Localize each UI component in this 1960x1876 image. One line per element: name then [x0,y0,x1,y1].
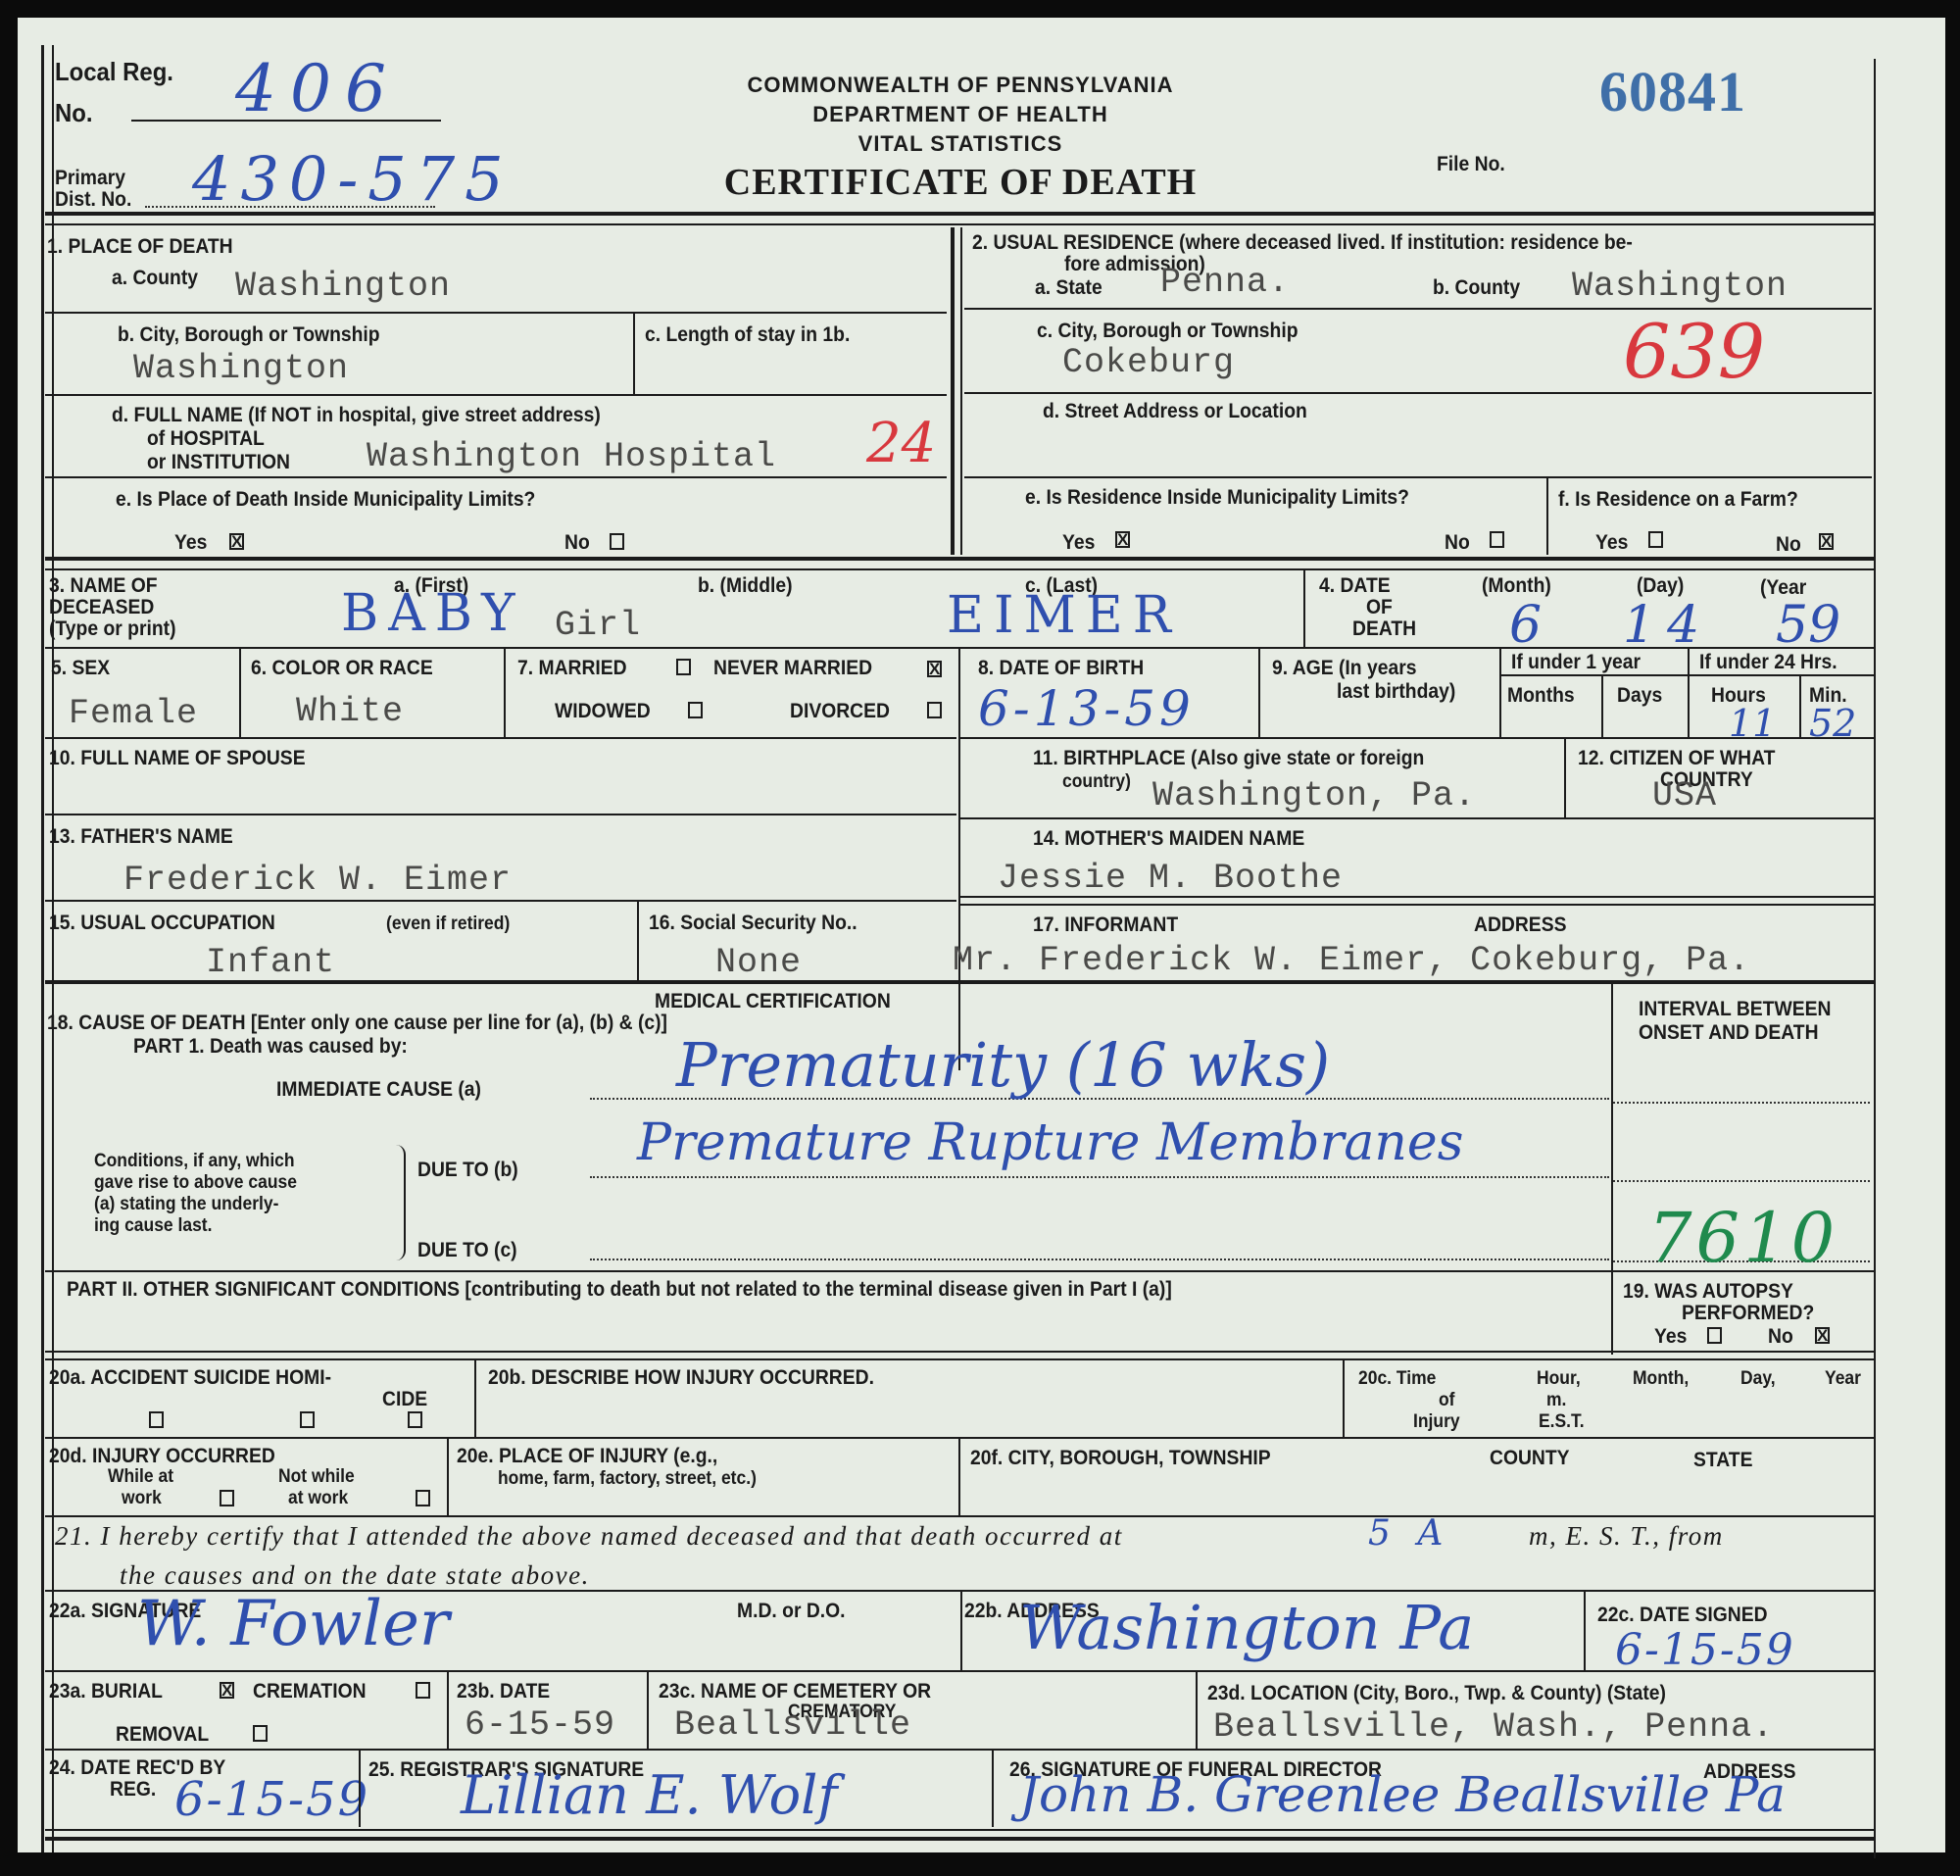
first-name-value: BABY [341,584,524,643]
rule [1343,1358,1345,1437]
injury-place-label: 20e. PLACE OF INJURY (e.g., [457,1445,717,1467]
rule [504,647,506,737]
months-label: Months [1507,684,1575,707]
birthplace-label-2: country) [1062,770,1131,793]
rule [960,737,1874,739]
race-label: 6. COLOR OR RACE [251,657,433,679]
burial-location-label: 23d. LOCATION (City, Boro., Twp. & Count… [1207,1682,1666,1704]
part2-label: PART II. OTHER SIGNIFICANT CONDITIONS [c… [67,1278,1172,1301]
while-at-work-checkbox[interactable] [220,1490,234,1506]
residence-inside-no-checkbox[interactable] [1490,531,1504,548]
race-value: White [296,692,404,731]
rule [960,904,1874,906]
left-border [41,45,54,1852]
injury-state-label: STATE [1693,1449,1752,1471]
rule [1303,568,1305,647]
rule [1258,647,1260,737]
citizen-value: USA [1652,776,1717,815]
burial-location-value: Beallsville, Wash., Penna. [1213,1707,1774,1747]
injury-hour-label: Hour, [1537,1368,1581,1389]
month-label: (Month) [1482,574,1551,597]
rule [45,980,1874,984]
rule [1613,1180,1870,1182]
interval-code: 7610 [1648,1198,1838,1278]
never-married-checkbox[interactable]: X [927,661,942,677]
primary-dist-number: 430-575 [192,143,514,215]
part1-label: PART 1. Death was caused by: [133,1035,408,1058]
rule [45,737,956,739]
immediate-cause-value: Prematurity (16 wks) [676,1029,1330,1101]
autopsy-label-2: PERFORMED? [1682,1302,1814,1324]
right-border [1874,59,1876,1858]
occupation-value: Infant [206,943,335,982]
rule [45,814,956,815]
rule [590,1176,1609,1178]
under-1-year-label: If under 1 year [1511,651,1641,673]
farm-yes-label: Yes [1595,531,1628,554]
rule [45,1351,1874,1353]
agency-name: COMMONWEALTH OF PENNSYLVANIA [666,73,1254,98]
injury-how-label: 20b. DESCRIBE HOW INJURY OCCURRED. [488,1366,874,1389]
local-reg-number: 406 [235,51,400,126]
homicide-checkbox[interactable] [408,1411,422,1428]
conditions-note-2: gave rise to above cause [94,1172,297,1193]
form-title: CERTIFICATE OF DEATH [647,161,1274,204]
residence-city-value: Cokeburg [1062,343,1235,382]
place-of-death-heading: 1. PLACE OF DEATH [47,235,233,258]
days-label: Days [1617,684,1662,707]
married-checkbox[interactable] [676,659,691,675]
residence-no-label: No [1445,531,1470,554]
registrar-signature: Lillian E. Wolf [461,1764,837,1826]
suicide-checkbox[interactable] [300,1411,315,1428]
residence-state-value: Penna. [1160,263,1290,302]
residence-county-value: Washington [1572,267,1788,306]
city-label: b. City, Borough or Township [118,323,380,346]
deceased-name-label-3: (Type or print) [49,617,176,640]
rule [1688,647,1690,737]
rule [1601,674,1603,737]
state-label: a. State [1035,276,1102,299]
local-reg-no-label: No. [55,102,93,124]
injury-m-label: m. [1546,1390,1566,1410]
physician-signature: W. Fowler [137,1588,449,1660]
rule [633,312,635,394]
due-to-c-label: DUE TO (c) [417,1239,517,1261]
local-reg-label: Local Reg. [55,61,173,83]
rule [964,476,1872,478]
rule [958,647,960,1070]
conditions-brace [396,1145,406,1260]
informant-address-label: ADDRESS [1474,913,1566,936]
rule [474,1358,476,1437]
birthplace-label: 11. BIRTHPLACE (Also give state or forei… [1033,747,1424,769]
not-at-work-checkbox[interactable] [416,1490,430,1506]
due-to-b-value: Premature Rupture Membranes [637,1113,1463,1172]
street-label: d. Street Address or Location [1043,400,1307,422]
rule [45,1358,1874,1360]
burial-checkbox[interactable]: X [220,1682,234,1699]
injury-county-label: COUNTY [1490,1447,1570,1469]
death-city-value: Washington [133,349,349,388]
age-label: 9. AGE (In years [1272,657,1416,679]
date-of-birth-value: 6-13-59 [978,680,1195,737]
rule [1499,674,1874,676]
date-of-death-label-3: DEATH [1352,617,1416,640]
date-received-label-2: REG. [110,1778,156,1801]
residence-city-code: 639 [1623,308,1765,395]
due-to-b-label: DUE TO (b) [417,1159,518,1181]
autopsy-label: 19. WAS AUTOPSY [1623,1280,1793,1303]
autopsy-yes-label: Yes [1654,1325,1687,1348]
cremation-label: CREMATION [253,1680,367,1703]
citizen-label: 12. CITIZEN OF WHAT [1578,747,1775,769]
injury-occurred-label: 20d. INJURY OCCURRED [49,1445,275,1467]
rule [45,1670,1874,1672]
death-day-value: 14 [1623,596,1711,655]
date-received-value: 6-15-59 [174,1772,369,1827]
under-24-hours-label: If under 24 Hrs. [1699,651,1837,673]
certified-time-value: 5 A [1368,1513,1450,1554]
residence-heading: 2. USUAL RESIDENCE (where deceased lived… [972,231,1633,254]
date-of-death-label: 4. DATE [1319,574,1391,597]
farm-no-checkbox[interactable]: X [1819,533,1834,550]
rule [45,476,947,478]
file-no-label: File No. [1437,153,1505,175]
injury-type-label: 20a. ACCIDENT SUICIDE HOMI- [49,1366,331,1389]
father-name-label: 13. FATHER'S NAME [49,825,233,848]
rule [1196,1670,1198,1749]
conditions-note-3: (a) stating the underly- [94,1194,278,1214]
conditions-note-4: ing cause last. [94,1215,212,1236]
deceased-name-label-2: DECEASED [49,596,154,618]
not-at-work-label-2: at work [288,1488,348,1508]
farm-no-label: No [1776,533,1801,556]
injury-est-label: E.S.T. [1539,1411,1585,1432]
mother-name-value: Jessie M. Boothe [998,859,1343,898]
rule [359,1749,361,1827]
interval-label-2: ONSET AND DEATH [1639,1021,1819,1044]
residence-county-label: b. County [1433,276,1520,299]
dist-no-label: Dist. No. [55,188,131,211]
md-do-label: M.D. or D.O. [737,1600,846,1622]
rule [45,1515,1874,1517]
rule [45,1837,1874,1841]
widowed-checkbox[interactable] [688,702,703,718]
cremation-checkbox[interactable] [416,1682,430,1699]
hospital-value: Washington Hospital [367,437,776,476]
interval-label: INTERVAL BETWEEN [1639,998,1831,1020]
primary-label: Primary [55,167,125,189]
autopsy-no-label: No [1768,1325,1793,1348]
injury-time-label-2: of [1439,1390,1455,1410]
rule [1584,1592,1586,1670]
accident-checkbox[interactable] [149,1411,164,1428]
cemetery-value: Beallsville [674,1705,911,1745]
informant-value: Mr. Frederick W. Eimer, Cokeburg, Pa. [953,941,1750,980]
burial-label: 23a. BURIAL [49,1680,163,1703]
date-of-birth-label: 8. DATE OF BIRTH [978,657,1144,679]
not-at-work-label: Not while [278,1466,355,1487]
rule [647,1670,649,1749]
hospital-code: 24 [866,412,936,475]
residence-yes-label: Yes [1062,531,1095,554]
county-label: a. County [112,267,198,289]
sex-value: Female [69,694,198,733]
injury-month-label: Month, [1633,1368,1689,1389]
injury-day-label: Day, [1740,1368,1776,1389]
injury-time-label-3: Injury [1413,1411,1460,1432]
header-rule-2 [45,223,1874,225]
date-of-death-label-2: OF [1366,596,1393,618]
rule [637,900,639,980]
rule [447,1670,449,1749]
rule [958,1437,960,1515]
last-name-value: EIMER [947,586,1181,645]
funeral-director-signature: John B. Greenlee Beallsville Pa [1019,1766,1786,1823]
rule [960,1592,962,1670]
certification-statement-suffix: m, E. S. T., from [1529,1521,1724,1552]
inside-limits-label: e. Is Place of Death Inside Municipality… [116,488,535,511]
rule [45,1270,1874,1272]
residence-inside-yes-checkbox[interactable]: X [1115,531,1130,548]
injury-year-label: Year [1825,1368,1861,1389]
married-label: 7. MARRIED [517,657,627,679]
informant-label: 17. INFORMANT [1033,913,1178,936]
age-label-2: last birthday) [1337,680,1455,703]
file-number-stamp: 60841 [1599,59,1746,124]
rule [1546,476,1548,555]
medical-certification-heading: MEDICAL CERTIFICATION [655,990,891,1012]
rule [1613,1102,1870,1104]
length-of-stay-label: c. Length of stay in 1b. [645,323,850,346]
rule [590,1259,1609,1260]
spouse-label: 10. FULL NAME OF SPOUSE [49,747,306,769]
farm-yes-checkbox[interactable] [1648,531,1663,548]
never-married-label: NEVER MARRIED [713,657,872,679]
rule [239,647,241,737]
ssn-value: None [715,943,802,982]
occupation-label: 15. USUAL OCCUPATION [49,912,275,934]
widowed-label: WIDOWED [555,700,651,722]
sex-label: 5. SEX [51,657,110,679]
rule [1799,674,1801,737]
rule [447,1437,449,1515]
immediate-cause-label: IMMEDIATE CAUSE (a) [276,1078,481,1101]
hospital-label-2: of HOSPITAL [147,427,265,450]
no-label: No [564,531,590,554]
death-month-value: 6 [1509,596,1542,655]
death-county-value: Washington [235,267,451,306]
rule [45,557,1874,561]
rule [1611,984,1613,1355]
rule [964,392,1872,394]
father-name-value: Frederick W. Eimer [123,861,512,900]
death-inside-no-checkbox[interactable] [610,533,624,550]
hospital-label: d. FULL NAME (If NOT in hospital, give s… [112,404,601,426]
middle-name-value: Girl [555,606,641,645]
rule [45,394,947,396]
rule [960,817,1874,819]
rule [45,1829,1874,1831]
residence-city-label: c. City, Borough or Township [1037,320,1298,342]
agency-department: DEPARTMENT OF HEALTH [666,102,1254,127]
cemetery-label: 23c. NAME OF CEMETERY OR [659,1680,931,1703]
middle-name-label: b. (Middle) [698,574,793,597]
rule [45,312,947,314]
date-signed-value: 6-15-59 [1615,1625,1795,1675]
certification-statement: 21. I hereby certify that I attended the… [55,1521,1123,1552]
injury-place-label-2: home, farm, factory, street, etc.) [498,1468,757,1489]
section-divider [951,227,955,555]
section-divider-2 [960,227,962,555]
rule [1564,737,1566,817]
divorced-checkbox[interactable] [927,702,942,718]
removal-label: REMOVAL [116,1723,209,1746]
rule [1499,647,1501,737]
injury-time-label: 20c. Time [1358,1368,1436,1389]
rule [45,900,956,902]
hospital-label-3: or INSTITUTION [147,451,290,473]
while-at-work-label: While at [108,1466,173,1487]
conditions-note-1: Conditions, if any, which [94,1151,295,1171]
injury-type-label-2: CIDE [382,1388,427,1410]
residence-inside-label: e. Is Residence Inside Municipality Limi… [1025,486,1409,509]
rule [45,568,1874,570]
removal-checkbox[interactable] [253,1725,268,1742]
agency-division: VITAL STATISTICS [666,131,1254,157]
rule [960,896,1874,898]
cause-of-death-label: 18. CAUSE OF DEATH [Enter only one cause… [47,1012,667,1034]
mother-name-label: 14. MOTHER'S MAIDEN NAME [1033,827,1304,850]
header-rule [45,212,1874,216]
occupation-note: (even if retired) [386,913,510,934]
rule [992,1749,994,1827]
autopsy-no-checkbox[interactable]: X [1815,1327,1830,1344]
day-label: (Day) [1637,574,1684,597]
death-inside-yes-checkbox[interactable]: X [229,533,244,550]
farm-label: f. Is Residence on a Farm? [1558,488,1798,511]
rule [45,1749,1874,1751]
death-year-value: 59 [1776,596,1840,655]
date-signed-label: 22c. DATE SIGNED [1597,1604,1768,1626]
autopsy-yes-checkbox[interactable] [1707,1327,1722,1344]
injury-city-label: 20f. CITY, BOROUGH, TOWNSHIP [970,1447,1271,1469]
while-at-work-label-2: work [122,1488,162,1508]
yes-label: Yes [174,531,207,554]
ssn-label: 16. Social Security No.. [649,912,857,934]
burial-date-value: 6-15-59 [465,1705,615,1745]
divorced-label: DIVORCED [790,700,890,722]
physician-address-value: Washington Pa [1019,1592,1474,1663]
certification-statement-2: the causes and on the date state above. [120,1560,590,1591]
burial-date-label: 23b. DATE [457,1680,550,1703]
deceased-name-label: 3. NAME OF [49,574,158,597]
birthplace-value: Washington, Pa. [1152,776,1476,815]
